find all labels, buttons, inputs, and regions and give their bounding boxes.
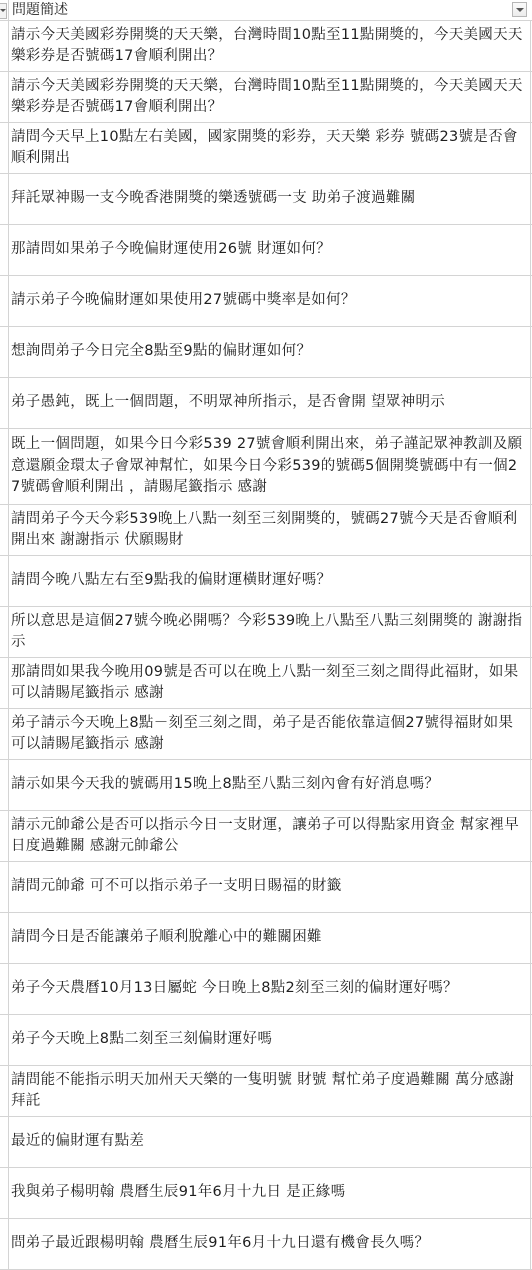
table-cell[interactable]: 請示弟子今晚偏財運如果使用27號碼中獎率是如何？ [11,290,525,312]
filter-dropdown-button[interactable] [512,2,527,17]
table-row[interactable]: 請示元帥爺公是否可以指示今日一支財運，讓弟子可以得點家用資金 幫家裡早日度過難關… [0,811,532,862]
table-row[interactable]: 所以意思是這個27號今晚必開嗎？今彩539晚上八點至八點三刻開獎的 謝謝指示 [0,607,532,658]
table-row[interactable]: 請問今晚八點左右至9點我的偏財運橫財運好嗎？ [0,556,532,607]
table-row[interactable]: 弟子請示今天晚上8點－刻至三刻之間，弟子是否能依靠這個27號得福財如果可以請賜尾… [0,709,532,760]
table-row[interactable]: 問弟子最近跟楊明翰 農曆生辰91年6月十九日還有機會長久嗎？ [0,1219,532,1270]
table-cell[interactable]: 既上一個問題，如果今日今彩539 27號會順利開出來，弟子謹記眾神教訓及願意還願… [11,434,525,499]
table-cell[interactable]: 弟子請示今天晚上8點－刻至三刻之間，弟子是否能依靠這個27號得福財如果可以請賜尾… [11,713,525,756]
table-cell[interactable]: 那請問如果我今晚用09號是否可以在晚上八點一刻至三刻之間得此福財，如果可以請賜尾… [11,662,525,705]
table-cell[interactable]: 所以意思是這個27號今晚必開嗎？今彩539晚上八點至八點三刻開獎的 謝謝指示 [11,611,525,654]
spreadsheet-column: 問題簡述 請示今天美國彩券開獎的天天樂，台灣時間10點至11點開獎的，今天美國天… [0,0,532,1270]
table-cell[interactable]: 那請問如果弟子今晚偏財運使用26號 財運如何？ [11,239,525,261]
table-row[interactable]: 弟子今天農曆10月13日屬蛇 今日晚上8點2刻至三刻的偏財運好嗎？ [0,964,532,1015]
table-cell[interactable]: 請示如果今天我的號碼用15晚上8點至八點三刻內會有好消息嗎？ [11,774,525,796]
table-row[interactable]: 請示今天美國彩券開獎的天天樂，台灣時間10點至11點開獎的，今天美國天天樂彩券是… [0,72,532,123]
table-row[interactable]: 想詢問弟子今日完全8點至9點的偏財運如何？ [0,327,532,378]
table-cell[interactable]: 請問今天早上10點左右美國，國家開獎的彩券，天天樂 彩券 號碼23號是否會順利開… [11,127,525,170]
table-body: 請示今天美國彩券開獎的天天樂，台灣時間10點至11點開獎的，今天美國天天樂彩券是… [0,21,532,1270]
column-header-row: 問題簡述 [0,0,532,21]
table-cell[interactable]: 弟子今天農曆10月13日屬蛇 今日晚上8點2刻至三刻的偏財運好嗎？ [11,978,525,1000]
table-row[interactable]: 請問弟子今天今彩539晚上八點一刻至三刻開獎的，號碼27號今天是否會順利開出來 … [0,505,532,556]
table-row[interactable]: 最近的偏財運有點差 [0,1117,532,1168]
table-row[interactable]: 那請問如果弟子今晚偏財運使用26號 財運如何？ [0,225,532,276]
table-row[interactable]: 那請問如果我今晚用09號是否可以在晚上八點一刻至三刻之間得此福財，如果可以請賜尾… [0,658,532,709]
table-cell[interactable]: 請問能不能指示明天加州天天樂的一隻明號 財號 幫忙弟子度過難關 萬分感謝拜託 [11,1070,525,1113]
table-cell[interactable]: 請示今天美國彩券開獎的天天樂，台灣時間10點至11點開獎的，今天美國天天樂彩券是… [11,76,525,119]
table-cell[interactable]: 請問弟子今天今彩539晚上八點一刻至三刻開獎的，號碼27號今天是否會順利開出來 … [11,509,525,552]
table-cell[interactable]: 拜託眾神賜一支今晚香港開獎的樂透號碼一支 助弟子渡過難關 [11,188,525,210]
table-row[interactable]: 請問能不能指示明天加州天天樂的一隻明號 財號 幫忙弟子度過難關 萬分感謝拜託 [0,1066,532,1117]
table-row[interactable]: 請問今天早上10點左右美國，國家開獎的彩券，天天樂 彩券 號碼23號是否會順利開… [0,123,532,174]
table-row[interactable]: 請示如果今天我的號碼用15晚上8點至八點三刻內會有好消息嗎？ [0,760,532,811]
table-row[interactable]: 請問元帥爺 可不可以指示弟子一支明日賜福的財籤 [0,862,532,913]
table-cell[interactable]: 弟子今天晚上8點二刻至三刻偏財運好嗎 [11,1029,525,1051]
table-row[interactable]: 拜託眾神賜一支今晚香港開獎的樂透號碼一支 助弟子渡過難關 [0,174,532,225]
table-row[interactable]: 請問今日是否能讓弟子順利脫離心中的難關困難 [0,913,532,964]
table-cell[interactable]: 請問今晚八點左右至9點我的偏財運橫財運好嗎？ [11,570,525,592]
table-cell[interactable]: 請示今天美國彩券開獎的天天樂，台灣時間10點至11點開獎的，今天美國天天樂彩券是… [11,25,525,68]
table-row[interactable]: 弟子今天晚上8點二刻至三刻偏財運好嗎 [0,1015,532,1066]
table-row[interactable]: 我與弟子楊明翰 農曆生辰91年6月十九日 是正緣嗎 [0,1168,532,1219]
table-cell[interactable]: 我與弟子楊明翰 農曆生辰91年6月十九日 是正緣嗎 [11,1182,525,1204]
table-cell[interactable]: 問弟子最近跟楊明翰 農曆生辰91年6月十九日還有機會長久嗎？ [11,1233,525,1255]
table-cell[interactable]: 請示元帥爺公是否可以指示今日一支財運，讓弟子可以得點家用資金 幫家裡早日度過難關… [11,815,525,858]
table-cell[interactable]: 請問元帥爺 可不可以指示弟子一支明日賜福的財籤 [11,876,525,898]
table-row[interactable]: 既上一個問題，如果今日今彩539 27號會順利開出來，弟子謹記眾神教訓及願意還願… [0,429,532,505]
table-row[interactable]: 弟子愚鈍，既上一個問題，不明眾神所指示，是否會開 望眾神明示 [0,378,532,429]
table-row[interactable]: 請示弟子今晚偏財運如果使用27號碼中獎率是如何？ [0,276,532,327]
table-cell[interactable]: 弟子愚鈍，既上一個問題，不明眾神所指示，是否會開 望眾神明示 [11,392,525,414]
prev-column-filter-button[interactable] [0,3,7,19]
column-header-label: 問題簡述 [12,1,68,19]
table-cell[interactable]: 想詢問弟子今日完全8點至9點的偏財運如何？ [11,341,525,363]
table-cell[interactable]: 最近的偏財運有點差 [11,1131,525,1153]
table-cell[interactable]: 請問今日是否能讓弟子順利脫離心中的難關困難 [11,927,525,949]
table-row[interactable]: 請示今天美國彩券開獎的天天樂，台灣時間10點至11點開獎的，今天美國天天樂彩券是… [0,21,532,72]
